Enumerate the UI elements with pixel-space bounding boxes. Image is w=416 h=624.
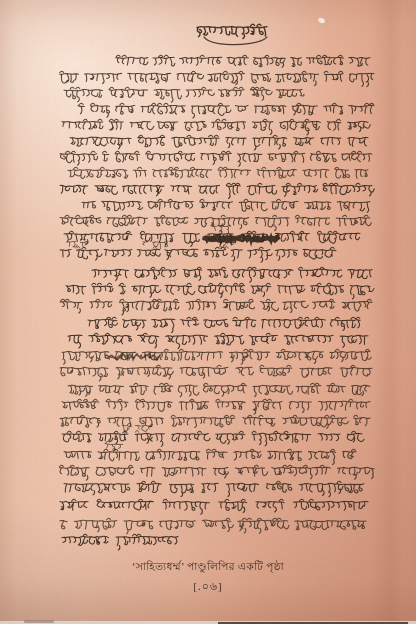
- manuscript-photo: ‘সাহিত্যধর্ম্ম’ পাণ্ডুলিপির একটি পৃষ্ঠা …: [0, 0, 416, 624]
- insertion-mark: [143, 241, 168, 250]
- manuscript-line: [60, 71, 374, 86]
- manuscript-line: [68, 333, 368, 348]
- strikeout-blot: [203, 235, 279, 242]
- manuscript-line: [59, 465, 374, 480]
- manuscript-line: [68, 167, 368, 178]
- manuscript-line: [60, 518, 366, 534]
- manuscript-line: [60, 183, 374, 198]
- manuscript-line: [60, 299, 372, 315]
- manuscript-line: [66, 283, 374, 299]
- manuscript-line: [60, 365, 372, 381]
- handwriting-layer: [0, 0, 416, 624]
- manuscript-line: [60, 247, 336, 262]
- manuscript-line: [60, 415, 370, 428]
- caret-mark: [76, 246, 80, 248]
- caption: ‘সাহিত্যধর্ম্ম’ পাণ্ডুলিপির একটি পৃষ্ঠা: [0, 560, 416, 577]
- manuscript-line: [92, 267, 372, 282]
- manuscript-title-handwriting: [197, 24, 267, 38]
- manuscript-line: [62, 399, 370, 414]
- manuscript-line: [64, 481, 364, 497]
- manuscript-line: [60, 215, 371, 231]
- caret-mark: [224, 246, 228, 248]
- manuscript-line: [60, 499, 368, 514]
- manuscript-line: [116, 55, 370, 67]
- manuscript-line: [88, 317, 360, 332]
- manuscript-line: [64, 87, 304, 102]
- manuscript-line: [64, 449, 356, 464]
- caret-mark: [135, 430, 139, 432]
- manuscript-line: [82, 199, 370, 212]
- manuscript-line: [68, 383, 370, 397]
- manuscript-line: [78, 103, 374, 118]
- title-flourish: [204, 37, 267, 45]
- page-number: [.০৬]: [0, 578, 416, 597]
- manuscript-line: [60, 151, 372, 166]
- manuscript-line: [62, 534, 178, 550]
- manuscript-line: [62, 119, 370, 135]
- scan-edge-smudge: [24, 620, 54, 623]
- manuscript-line: [70, 135, 368, 150]
